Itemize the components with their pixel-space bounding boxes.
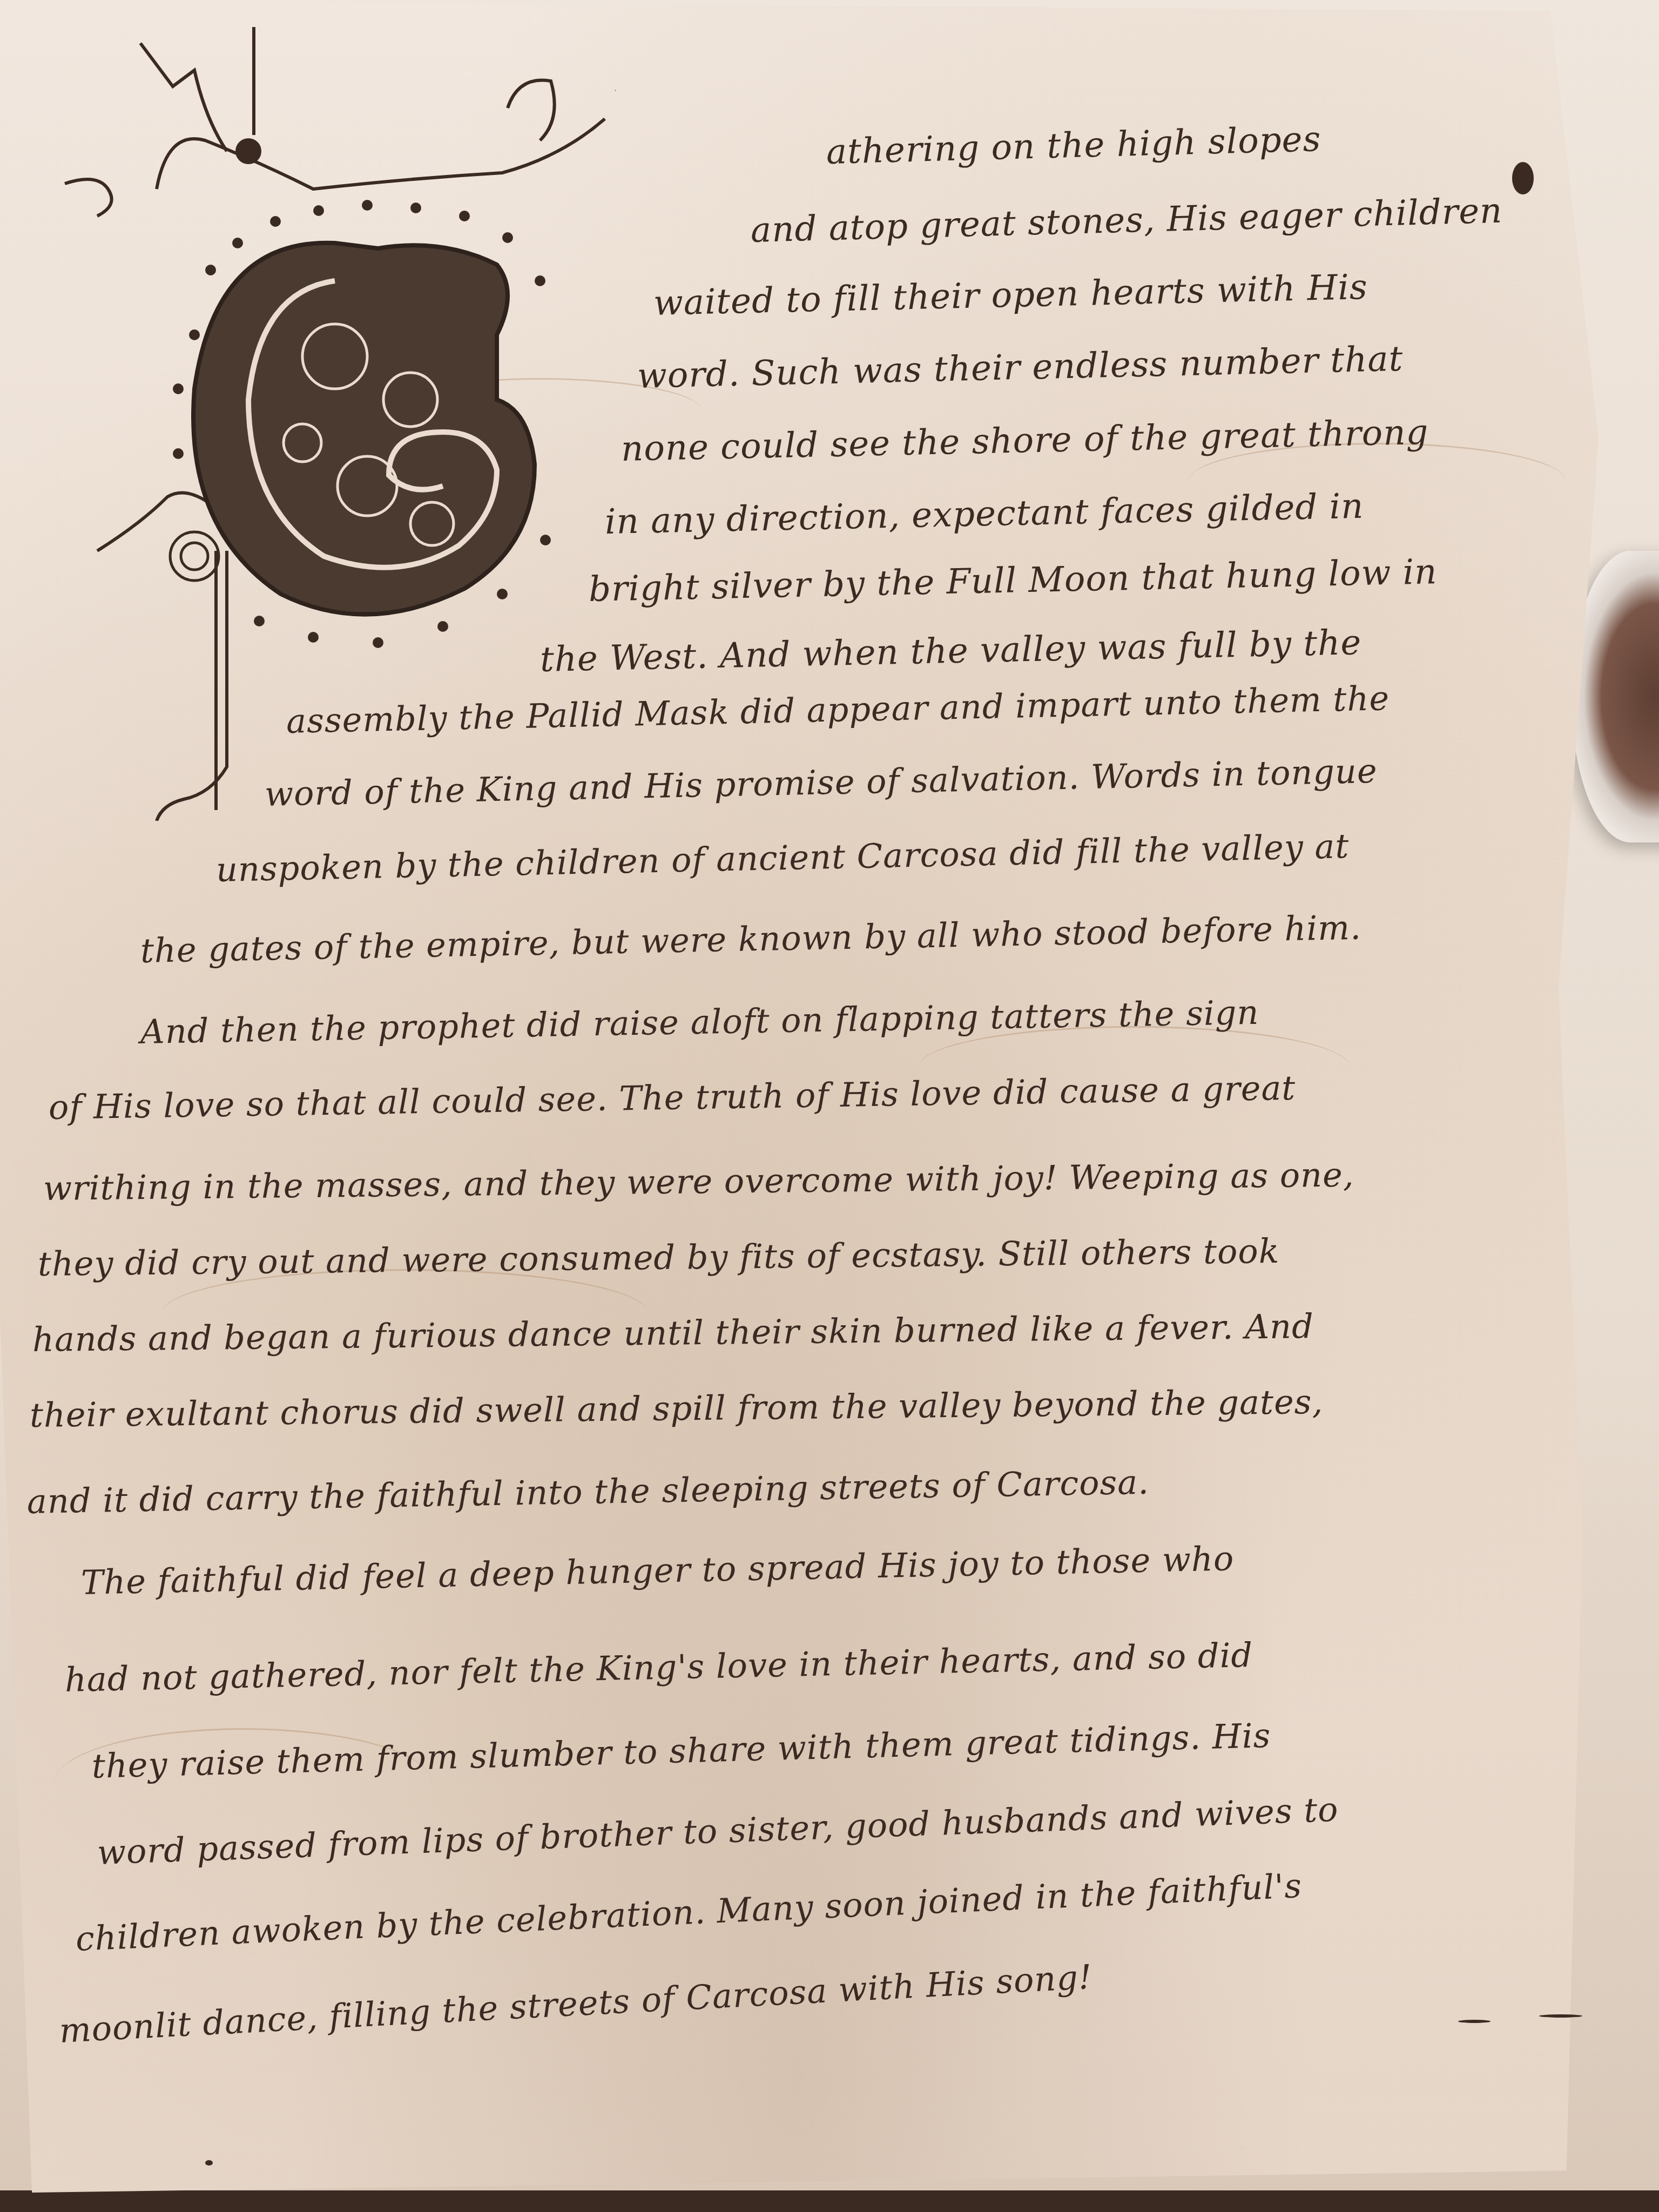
text-line: word of the King and His promise of salv… bbox=[264, 754, 1378, 811]
text-line: in any direction, expectant faces gilded… bbox=[604, 489, 1364, 539]
text-line: children awoken by the celebration. Many… bbox=[75, 1869, 1303, 1956]
text-line: assembly the Pallid Mask did appear and … bbox=[286, 682, 1390, 738]
text-line: hands and began a furious dance until th… bbox=[32, 1310, 1314, 1357]
text-line: And then the prophet did raise aloft on … bbox=[140, 996, 1259, 1049]
ink-blot bbox=[1512, 162, 1534, 194]
handwritten-passage: athering on the high slopes and atop gre… bbox=[0, 0, 1599, 2193]
text-line: of His love so that all could see. The t… bbox=[49, 1071, 1296, 1124]
text-line: writhing in the masses, and they were ov… bbox=[43, 1158, 1354, 1205]
text-line: word. Such was their endless number that bbox=[637, 342, 1404, 394]
text-line: they did cry out and were consumed by fi… bbox=[38, 1235, 1280, 1281]
text-line: none could see the shore of the great th… bbox=[621, 415, 1429, 467]
text-line: their exultant chorus did swell and spil… bbox=[30, 1385, 1324, 1432]
text-line: athering on the high slopes bbox=[826, 122, 1321, 170]
text-line: had not gathered, nor felt the King's lo… bbox=[64, 1638, 1253, 1697]
text-line: The faithful did feel a deep hunger to s… bbox=[80, 1542, 1234, 1600]
text-line: moonlit dance, filling the streets of Ca… bbox=[58, 1960, 1093, 2048]
ink-dash bbox=[1458, 2020, 1491, 2023]
table-edge bbox=[0, 2190, 1659, 2212]
text-line: unspoken by the children of ancient Carc… bbox=[215, 829, 1350, 887]
ink-speck bbox=[205, 2160, 213, 2166]
text-line: bright silver by the Full Moon that hung… bbox=[588, 555, 1438, 607]
text-line: the West. And when the valley was full b… bbox=[539, 625, 1361, 677]
text-line: and it did carry the faithful into the s… bbox=[26, 1466, 1149, 1519]
text-line: the gates of the empire, but were known … bbox=[140, 911, 1361, 968]
text-line: word passed from lips of brother to sist… bbox=[97, 1793, 1339, 1870]
text-line: they raise them from slumber to share wi… bbox=[91, 1719, 1271, 1783]
text-line: waited to fill their open hearts with Hi… bbox=[653, 270, 1368, 321]
ink-dash bbox=[1539, 2014, 1582, 2018]
text-line: and atop great stones, His eager childre… bbox=[750, 194, 1503, 248]
